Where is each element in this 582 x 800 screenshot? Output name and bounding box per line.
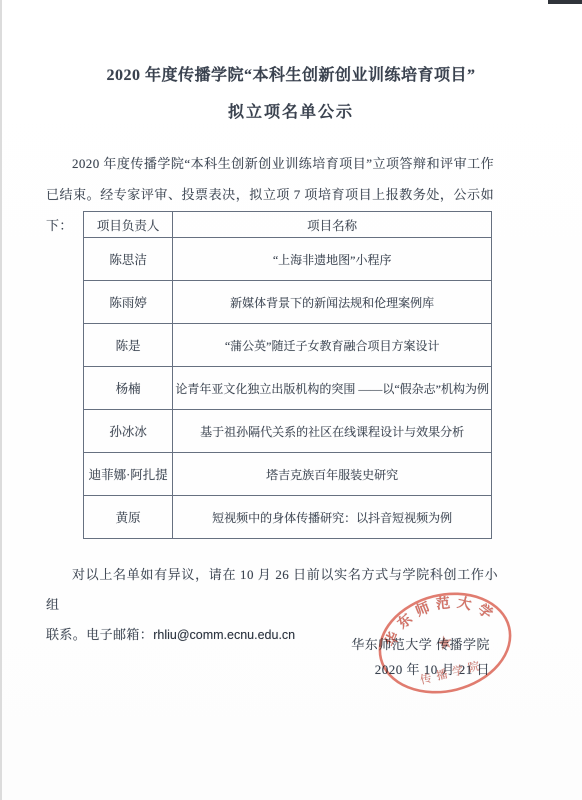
leader-name-cell: 陈思洁 — [84, 238, 173, 281]
project-name-cell: 短视频中的身体传播研究：以抖音短视频为例 — [173, 496, 492, 539]
table-row: 迪菲娜·阿扎提 塔吉克族百年服装史研究 — [84, 453, 492, 496]
project-name-cell: 基于祖孙隔代关系的社区在线课程设计与效果分析 — [173, 410, 492, 453]
leader-name-cell: 迪菲娜·阿扎提 — [84, 453, 173, 496]
document-title-line2: 拟立项名单公示 — [30, 101, 552, 125]
table-row: 陈思洁 “上海非遗地图”小程序 — [84, 238, 492, 281]
issue-date: 2020 年 10 月 21 日 — [351, 657, 490, 682]
table-row: 陈是 “蒲公英”随迁子女教育融合项目方案设计 — [84, 324, 492, 367]
leader-name-cell: 孙冰冰 — [84, 410, 173, 453]
leader-name-cell: 陈是 — [84, 324, 173, 367]
project-name-cell: 新媒体背景下的新闻法规和伦理案例库 — [173, 281, 492, 324]
table-row: 孙冰冰 基于祖孙隔代关系的社区在线课程设计与效果分析 — [84, 410, 492, 453]
contact-email: rhliu@comm.ecnu.edu.cn — [153, 628, 295, 642]
table-row: 陈雨婷 新媒体背景下的新闻法规和伦理案例库 — [84, 281, 492, 324]
scan-edge-shadow — [0, 0, 2, 800]
project-name-cell: “上海非遗地图”小程序 — [173, 238, 492, 281]
project-name-cell: 塔吉克族百年服装史研究 — [173, 453, 492, 496]
leader-name-cell: 陈雨婷 — [84, 281, 173, 324]
col-header-project-name: 项目名称 — [173, 212, 492, 238]
table-header-row: 项目负责人 项目名称 — [84, 212, 492, 238]
scanned-notice-page: 2020 年度传播学院“本科生创新创业训练培育项目” 拟立项名单公示 2020 … — [0, 0, 582, 800]
project-name-cell: 论青年亚文化独立出版机构的突围 ——以“假杂志”机构为例 — [173, 367, 492, 410]
document-title-line1: 2020 年度传播学院“本科生创新创业训练培育项目” — [30, 64, 552, 88]
issuing-unit: 华东师范大学 传播学院 — [351, 632, 490, 657]
project-name-cell: “蒲公英”随迁子女教育融合项目方案设计 — [173, 324, 492, 367]
scan-artifact-mark — [548, 0, 582, 4]
closing-line2-prefix: 联系。电子邮箱： — [46, 627, 153, 642]
closing-line1: 对以上名单如有异议，请在 10 月 26 日前以实名方式与学院科创工作小组 — [46, 560, 498, 620]
signature-block: 华东师范大学 传播学院 2020 年 10 月 21 日 — [351, 632, 490, 682]
table-row: 杨楠 论青年亚文化独立出版机构的突围 ——以“假杂志”机构为例 — [84, 367, 492, 410]
project-list-table: 项目负责人 项目名称 陈思洁 “上海非遗地图”小程序 陈雨婷 新媒体背景下的新闻… — [83, 211, 492, 539]
leader-name-cell: 杨楠 — [84, 367, 173, 410]
leader-name-cell: 黄原 — [84, 496, 173, 539]
table-row: 黄原 短视频中的身体传播研究：以抖音短视频为例 — [84, 496, 492, 539]
col-header-project-leader: 项目负责人 — [84, 212, 173, 238]
